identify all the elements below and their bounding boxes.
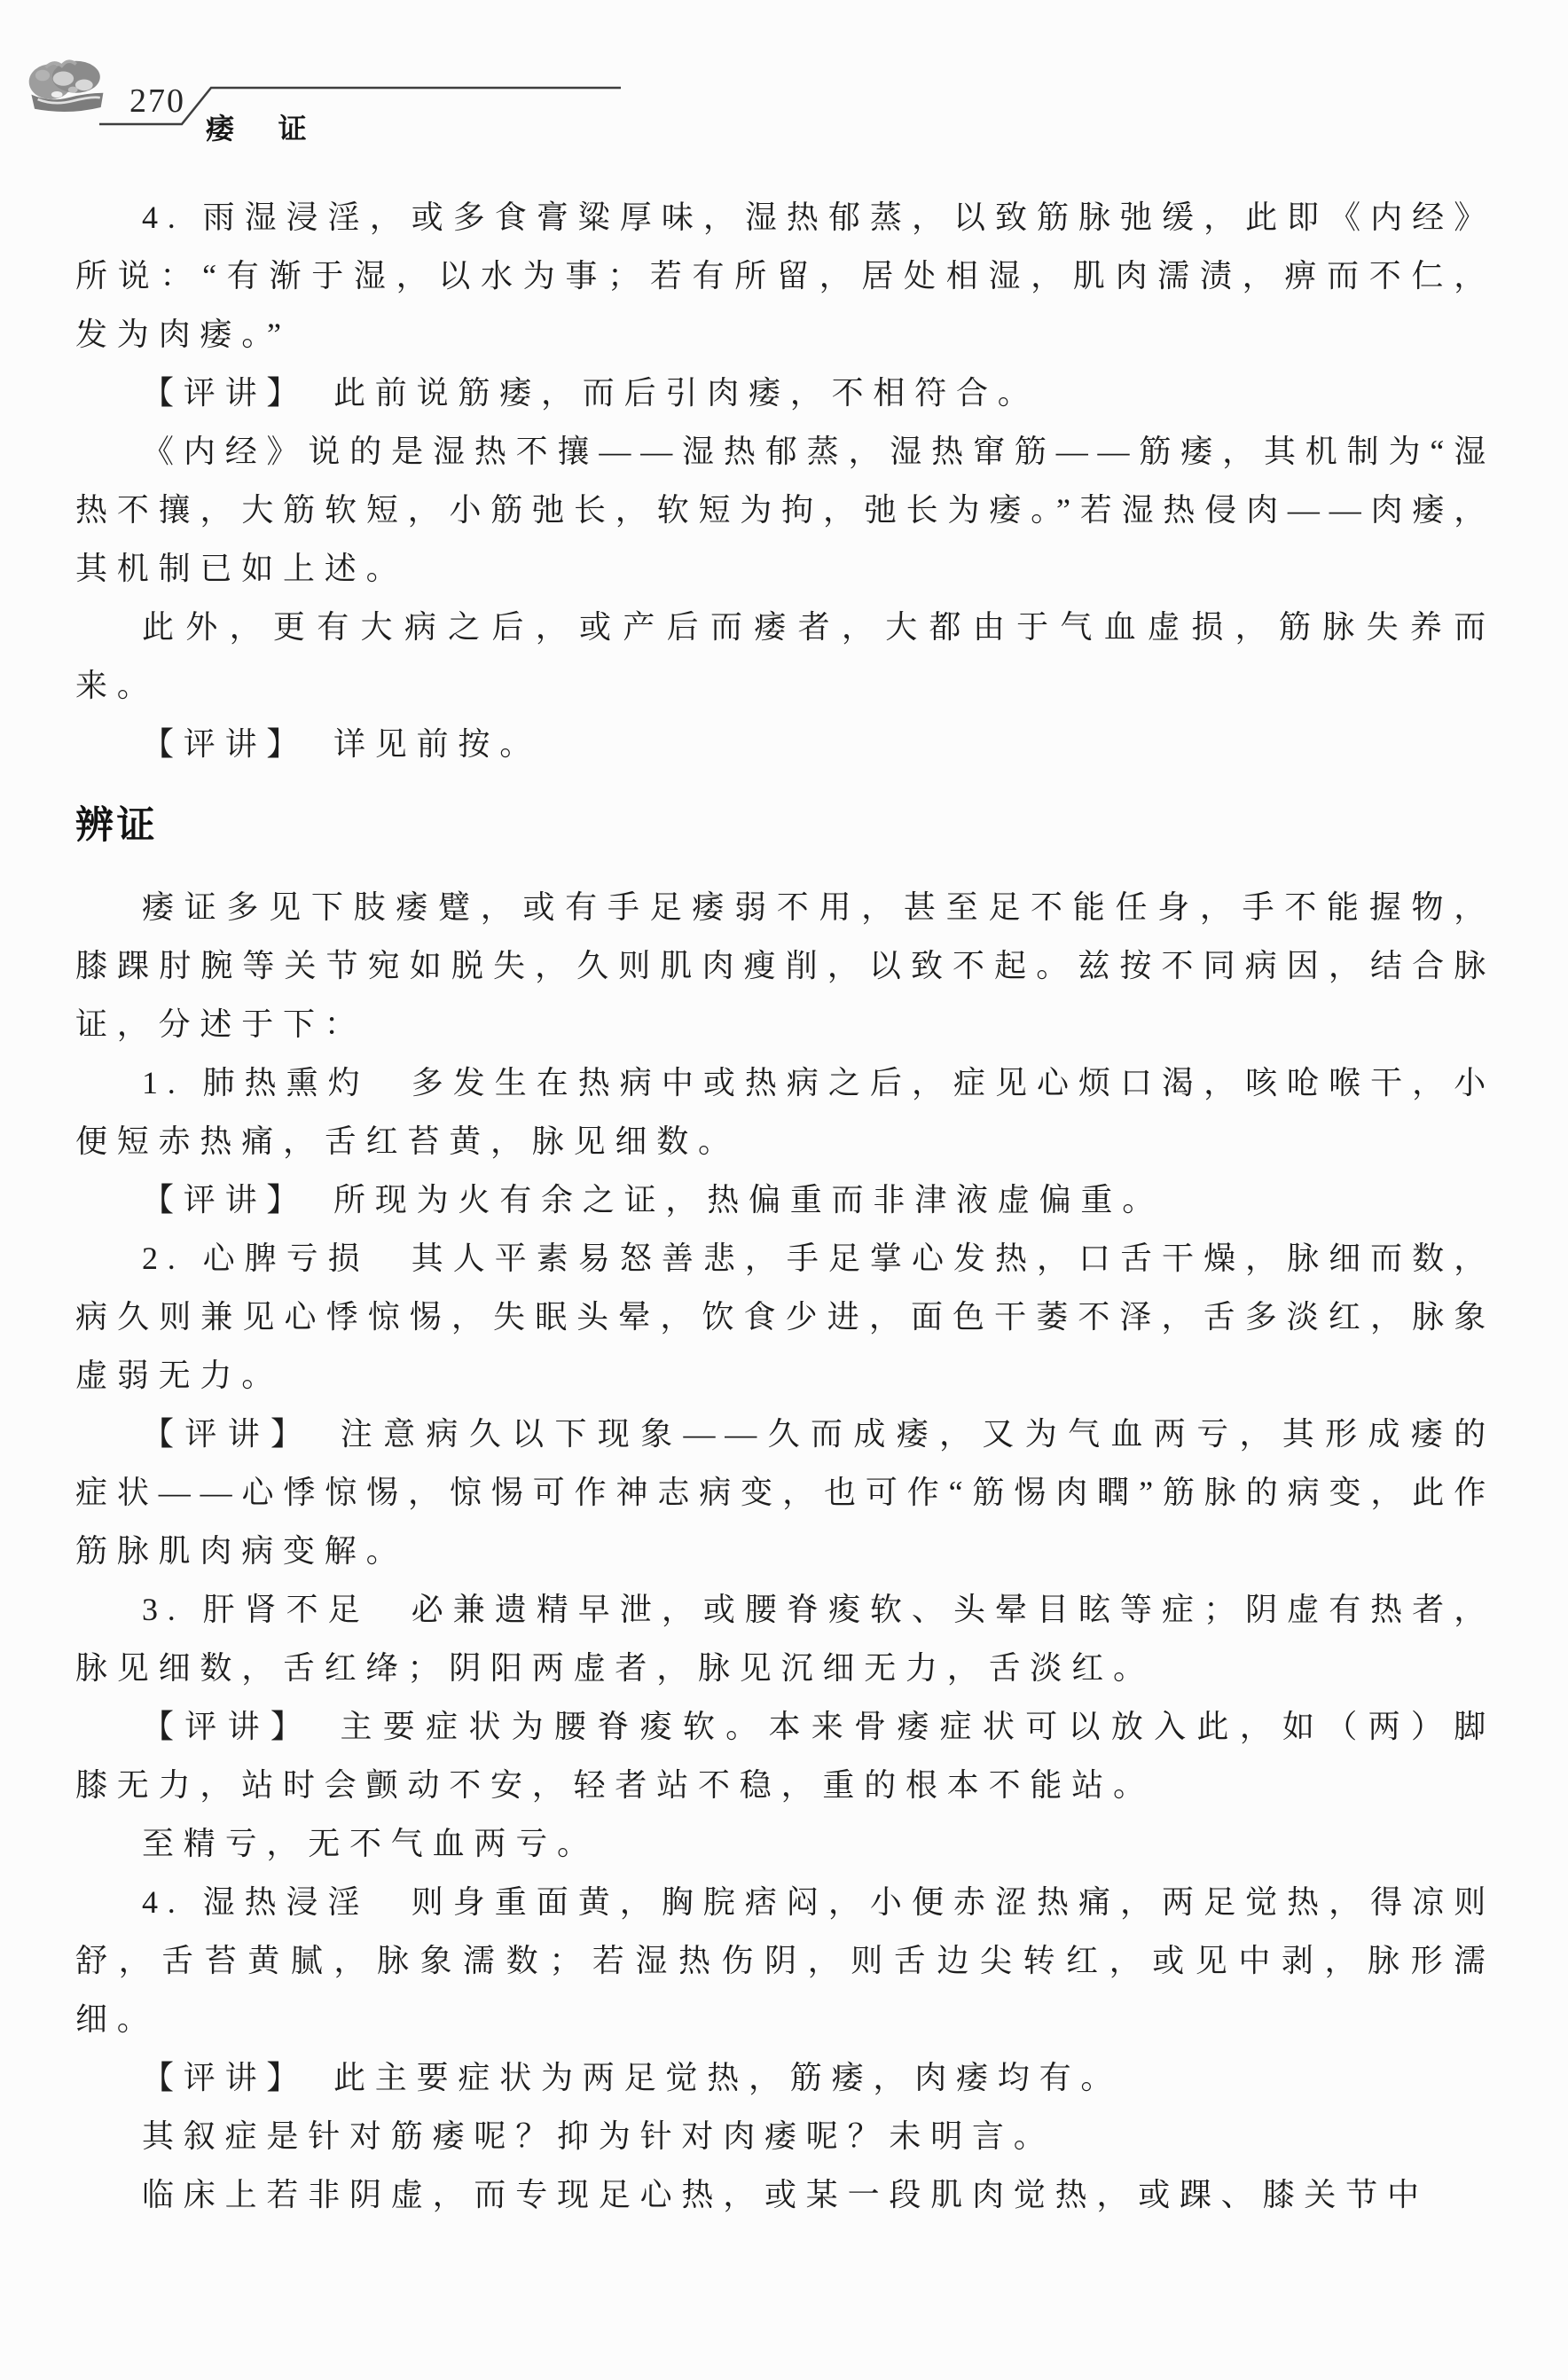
- body-paragraph: 4. 湿热浸淫 则身重面黄，胸脘痞闷，小便赤涩热痛，两足觉热，得凉则舒，舌苔黄腻…: [75, 1873, 1495, 2048]
- section-heading-bianzheng: 辨证: [75, 798, 1495, 855]
- body-paragraph: 3. 肝肾不足 必兼遗精早泄，或腰脊痠软、头晕目眩等症；阴虚有热者，脉见细数，舌…: [75, 1580, 1495, 1697]
- page-body: 4. 雨湿浸淫，或多食膏粱厚味，湿热郁蒸，以致筋脉弛缓，此即《内经》所说：“有渐…: [75, 188, 1495, 2224]
- page-header: 270 痿证: [0, 0, 1568, 168]
- commentary-paragraph: 【评讲】 此主要症状为两足觉热，筋痿，肉痿均有。: [75, 2048, 1495, 2107]
- body-paragraph: 临床上若非阴虚，而专现足心热，或某一段肌肉觉热，或踝、膝关节中: [75, 2165, 1495, 2224]
- body-paragraph: 2. 心脾亏损 其人平素易怒善悲，手足掌心发热，口舌干燥，脉细而数，病久则兼见心…: [75, 1229, 1495, 1405]
- commentary-paragraph: 【评讲】 此前说筋痿，而后引肉痿，不相符合。: [75, 364, 1495, 422]
- commentary-paragraph: 【评讲】 主要症状为腰脊痠软。本来骨痿症状可以放入此，如（两）脚膝无力，站时会颤…: [75, 1697, 1495, 1814]
- body-paragraph: 至精亏，无不气血两亏。: [75, 1814, 1495, 1873]
- body-paragraph: 痿证多见下肢痿躄，或有手足痿弱不用，甚至足不能任身，手不能握物，膝踝肘腕等关节宛…: [75, 878, 1495, 1053]
- body-paragraph: 其叙症是针对筋痿呢？抑为针对肉痿呢？未明言。: [75, 2107, 1495, 2165]
- body-paragraph: 1. 肺热熏灼 多发生在热病中或热病之后，症见心烦口渴，咳呛喉干，小便短赤热痛，…: [75, 1053, 1495, 1170]
- book-page: 270 痿证 4. 雨湿浸淫，或多食膏粱厚味，湿热郁蒸，以致筋脉弛缓，此即《内经…: [0, 0, 1568, 2380]
- body-paragraph: 《内经》说的是湿热不攘——湿热郁蒸，湿热窜筋——筋痿，其机制为“湿热不攘，大筋软…: [75, 422, 1495, 598]
- commentary-paragraph: 【评讲】 所现为火有余之证，热偏重而非津液虚偏重。: [75, 1170, 1495, 1229]
- page-number: 270: [129, 82, 185, 121]
- body-paragraph: 4. 雨湿浸淫，或多食膏粱厚味，湿热郁蒸，以致筋脉弛缓，此即《内经》所说：“有渐…: [75, 188, 1495, 364]
- commentary-paragraph: 【评讲】 详见前按。: [75, 715, 1495, 773]
- commentary-paragraph: 【评讲】 注意病久以下现象——久而成痿，又为气血两亏，其形成痿的症状——心悸惊惕…: [75, 1405, 1495, 1580]
- chapter-title: 痿证: [206, 106, 350, 147]
- body-paragraph: 此外，更有大病之后，或产后而痿者，大都由于气血虚损，筋脉失养而来。: [75, 598, 1495, 715]
